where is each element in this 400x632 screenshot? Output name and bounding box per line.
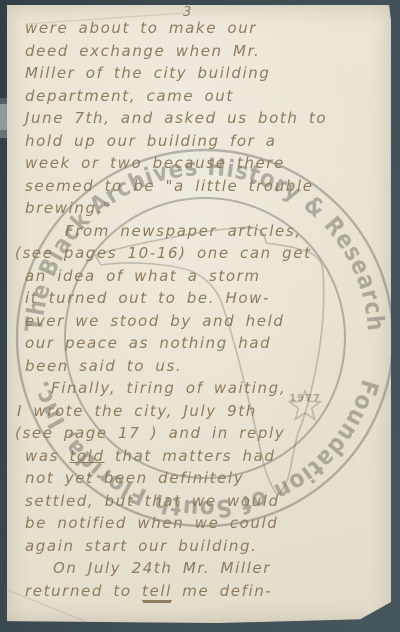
handwritten-line: brewing." (25, 199, 111, 217)
handwritten-line: were about to make our (25, 19, 257, 37)
handwritten-line: settled, but that we would (25, 492, 280, 510)
handwritten-line: returned to tell me defin- (25, 582, 272, 600)
handwritten-line: again start our building. (25, 537, 258, 555)
handwritten-line: ever we stood by and held (25, 312, 284, 330)
line-text: that matters had (105, 447, 276, 465)
handwritten-line: seemed to be "a little trouble (25, 177, 314, 195)
handwritten-line: (see page 17 ) and in reply (15, 424, 285, 442)
handwritten-line: was told that matters had (25, 447, 276, 465)
handwritten-line: hold up our building for a (25, 132, 277, 150)
handwritten-line: From newspaper articles, (65, 222, 302, 240)
edge-label-fragment (0, 98, 7, 138)
handwritten-line: department, came out (25, 87, 234, 105)
handwritten-line: June 7th, and asked us both to (25, 109, 327, 127)
handwritten-line: deed exchange when Mr. (25, 42, 260, 60)
photo-background: The Black Archives History & Research Fo… (0, 0, 400, 632)
line-text: me defin- (172, 582, 273, 600)
handwritten-line: our peace as nothing had (25, 334, 271, 352)
manuscript-page: The Black Archives History & Research Fo… (7, 5, 391, 623)
handwritten-line: week or two because there (25, 154, 285, 172)
handwritten-line: been said to us. (25, 357, 182, 375)
line-text: was (25, 447, 69, 465)
underlined-word: told (69, 447, 104, 465)
handwritten-line: (see pages 10-16) one can get (15, 244, 312, 262)
handwritten-line: I wrote the city, July 9th (17, 402, 257, 420)
handwritten-line: Finally, tiring of waiting, (51, 379, 286, 397)
handwritten-line: not yet been definitely (25, 469, 244, 487)
handwritten-text-block: 3 were about to make our deed exchange w… (7, 5, 391, 623)
handwritten-line: Miller of the city building (25, 64, 270, 82)
handwritten-line: it turned out to be. How- (25, 289, 270, 307)
handwritten-line: an idea of what a storm (25, 267, 261, 285)
handwritten-line: On July 24th Mr. Miller (53, 559, 271, 577)
handwritten-line: be notified when we could (25, 514, 278, 532)
line-text: returned to (25, 582, 142, 600)
double-underlined-word: tell (142, 582, 172, 601)
page-number: 3 (183, 5, 193, 20)
